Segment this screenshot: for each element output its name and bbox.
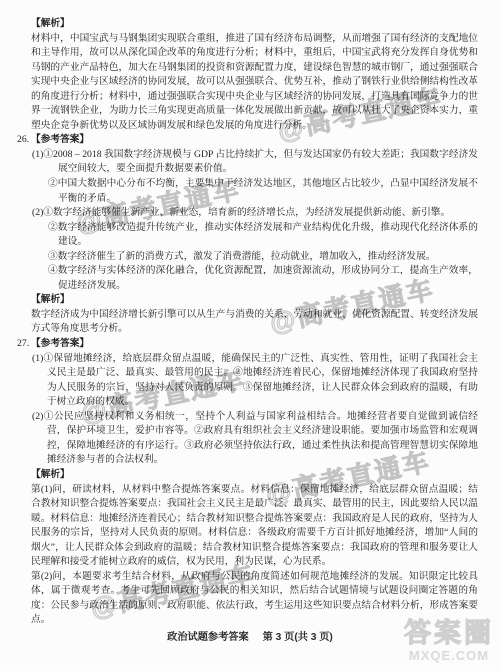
- q26-analysis-paragraph: 数字经济成为中国经济增长新引擎可以从生产与消费的关系、劳动和就业、优化资源配置、…: [31, 308, 478, 337]
- footer-page-indicator: 第 3 页(共 3 页): [263, 632, 333, 643]
- answer-site-url: MXQE.COM: [404, 648, 494, 663]
- question-number: 27.: [17, 337, 31, 352]
- page-footer: 政治试题参考答案第 3 页(共 3 页): [0, 628, 500, 643]
- question-number: 26.: [17, 133, 31, 148]
- q26-answer-part1-point1: (1)①2008 – 2018 我国数字经济规模与 GDP 占比持续扩大，但与发…: [31, 148, 478, 177]
- q27-analysis-paragraph2: 第(2)问，本题要求考生结合材料，从政府与公民的角度简述如何规范地摊经济的发展。…: [31, 570, 478, 628]
- reference-answer-label: 【参考答案】: [31, 338, 89, 349]
- exam-answer-page: @高考直通车 @高考直通车 @高考直通车 @高考直通车 @高考直通车 @高考直通…: [0, 0, 500, 671]
- q26-analysis-heading: 【解析】: [31, 293, 478, 308]
- q27-answer-heading: 27.【参考答案】: [17, 337, 478, 352]
- q26-answer-part2-point2: ②数字经济能够改造提升传统产业，推动实体经济发展和产业结构优化升级，推动现代化经…: [31, 221, 478, 250]
- q25-analysis-paragraph: 材料中，中国宝武与马钢集团实现联合重组，推进了国有经济布局调整，从而增强了国有经…: [31, 32, 478, 134]
- q27-analysis-heading: 【解析】: [31, 468, 478, 483]
- q26-answer-part2-point1: (2)①数字经济能够催生新产业、新业态，培育新的经济增长点，为经济发展提供新动能…: [31, 206, 478, 221]
- q27-answer-part2: (2)①公民应坚持权利和义务相统一，坚持个人利益与国家利益相结合。地摊经营者要自…: [31, 410, 478, 468]
- document-body: 【解析】 材料中，中国宝武与马钢集团实现联合重组，推进了国有经济布局调整，从而增…: [31, 17, 478, 628]
- footer-document-title: 政治试题参考答案: [167, 632, 249, 643]
- q26-answer-part1-point2: ②中国大数据中心分布不均衡，主要集中于经济发达地区，其他地区占比较少，凸显中国经…: [31, 177, 478, 206]
- q27-answer-part1: (1)①保留地摊经济，给底层群众留点温暖，能确保民主的广泛性、真实性、管用性，证…: [31, 352, 478, 410]
- reference-answer-label: 【参考答案】: [31, 134, 89, 145]
- q27-analysis-paragraph1: 第(1)问，研读材料，从材料中整合提炼答案要点。材料信息：保留地摊经济，给底层群…: [31, 483, 478, 570]
- q25-analysis-heading: 【解析】: [31, 17, 478, 32]
- q26-answer-part2-point3: ③数字经济催生了新的消费方式，激发了消费潜能，拉动就业，增加收入，推动经济发展。: [31, 250, 478, 265]
- q26-answer-part2-point4: ④数字经济与实体经济的深化融合，优化资源配置，加速资源流动，形成协同分工，提高生…: [31, 264, 478, 293]
- q26-answer-heading: 26.【参考答案】: [17, 133, 478, 148]
